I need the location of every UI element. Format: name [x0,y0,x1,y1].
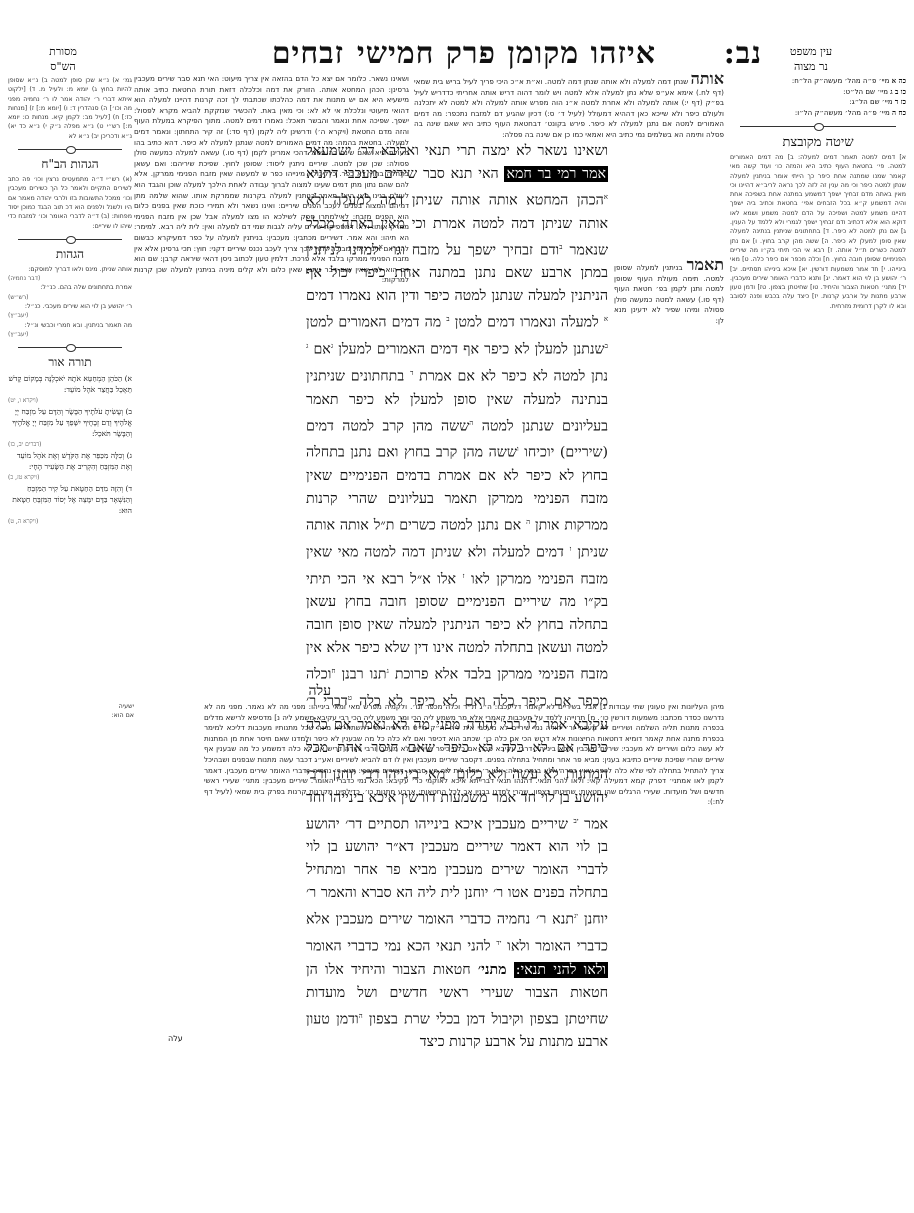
reference-marker: א [604,193,608,201]
shita-mekubetzet-text: א] דמים למטה תאמר דמים למעלה: ב] מה דמים… [730,153,906,1003]
tosafot-lead-word: אותה [691,69,724,88]
shita-mekubetzet-title: שיטה מקובצת [730,134,906,150]
hagahot-item: אמרת בתחתונים שלה בהם. כנ״ל:(רש״ש) [8,283,132,302]
mesoret-hashas-text: גמ׳ א) נ״א שכן סופן למטה ב) נ״א שסופן לה… [8,76,132,141]
ein-mishpat-item: כה א מיי׳ פ״ה מהל׳ מעשה״ק הל״ח: [730,76,906,87]
gemara-segment: למעלה ונאמרו דמים למטן [450,315,604,331]
section-divider [740,122,896,130]
gemara-segment: תנו רבנן [336,667,387,683]
hagahot-title: הגהות [8,247,132,262]
gemara-segment: נתן למטה לא כיפר לא אם אמרת [413,369,608,385]
bottom-side-note: ישעיה אם הוא: [110,702,134,721]
torah-or-verse: א) הַכֹּהֵן הַמְחַטֵּא אֹתָהּ יֹאכְלֶנָּ… [8,373,132,406]
gemara-segment: האי תנא סבר שירים מעכבי דתניא [306,166,504,182]
bottom-catchword: עלה [168,1034,183,1043]
bottom-commentary: מיהן העליונות ואין טעונין שתי עבודות ג] … [204,702,724,1032]
section-divider [18,343,122,351]
hagahot-bach-text: (א) רש״י ד״ה מתמעטים נרצין וכו׳ פה כתב ל… [8,175,132,231]
tosafot-top-full: אותה שנתן דמה למעלה ולא אותה שנתן דמה למ… [414,74,724,141]
mesoret-header: מסורת הש"ס [28,44,98,74]
tosafot-column: תאמר בניתנין למעלה שסופן למטה. תימה מעול… [614,252,724,327]
highlighted-phrase: אמר רמי בר חמא [504,166,608,182]
gemara-segment: מה דמים האמורים למטן [306,315,446,331]
left-margin-column: גמ׳ א) נ״א שכן סופן למטה ב) נ״א שסופן לה… [8,76,132,527]
gemara-segment: ושאינו נשאר לא ימצה תרי תנאי ואליבא דר׳ … [306,143,608,159]
gemara-segment: אם [308,342,331,358]
gemara-catchword: עלה [308,683,331,700]
ein-mishpat-item: כו ב ג מיי׳ שם הל״ט: [730,87,906,98]
tosafot-lead-word-2: תאמר [687,255,724,274]
ein-mishpat-title-line1: עין משפט [766,44,856,59]
gemara-segment: ודם זבחיך ישפך על מזבח וגו׳ [383,242,559,258]
hagahot-item: מה תאמר בניתנין. ובא חמרי וכבשי ונ״ל:(יע… [8,321,132,340]
ein-mishpat-header: עין משפט נר מצוה [766,44,856,74]
mesoret-title-line2: הש"ס [28,59,98,74]
torah-or-verse: ג) וְכִלָּה מִכַּפֵּר אֶת הַקֹּדֶשׁ וְאֶ… [8,450,132,483]
daf-number: נב: [724,36,762,71]
torah-or-title: תורה אור [8,355,132,370]
hagahot-bach-title: הגהות הב"ח [8,157,132,172]
section-divider [18,145,122,153]
ein-mishpat-item: כח ה מיי׳ פ״ה מהל׳ מעשה״ק הל״ו: [730,108,906,119]
perek-number: פרק חמישי [357,36,496,71]
reference-marker: ב [605,342,608,350]
hagahot-item: אותה שניתן. מינס ולאו דבריך למוסקם:(דבר … [8,265,132,284]
ein-mishpat-title-line2: נר מצוה [766,59,856,74]
mesoret-title-line1: מסורת [28,44,98,59]
reference-marker: א [604,315,608,323]
ein-mishpat-item: כז ד מיי׳ שם הל״ג: [730,97,906,108]
torah-or-verse: ד) וְהִזָּה מִדַּם הַחַטָּאת עַל קִיר הַ… [8,483,132,527]
bottom-commentary-text: מיהן העליונות ואין טעונין שתי עבודות ג] … [204,702,724,806]
tractate-name: זבחים [272,36,344,71]
gemara-segment: שנתנן למעלן לא כיפר אף דמים האמורים למעל… [333,342,604,358]
perek-name: איזהו מקומן [507,36,656,71]
hagahot-item: ר׳ יהושע בן לוי הוא שירים מעכבי. כנ״ל:(י… [8,302,132,321]
section-divider [18,235,122,243]
ein-mishpat-column: כה א מיי׳ פ״ה מהל׳ מעשה״ק הל״ח: כו ב ג מ… [730,76,906,1003]
torah-or-verse: ב) וְעָשִׂיתָ עֹלֹתֶיךָ הַבָּשָׂר וְהַדָ… [8,406,132,450]
tosafot-text: שנתן דמה למעלה ולא אותה שנתן דמה למטה. ו… [414,77,724,139]
